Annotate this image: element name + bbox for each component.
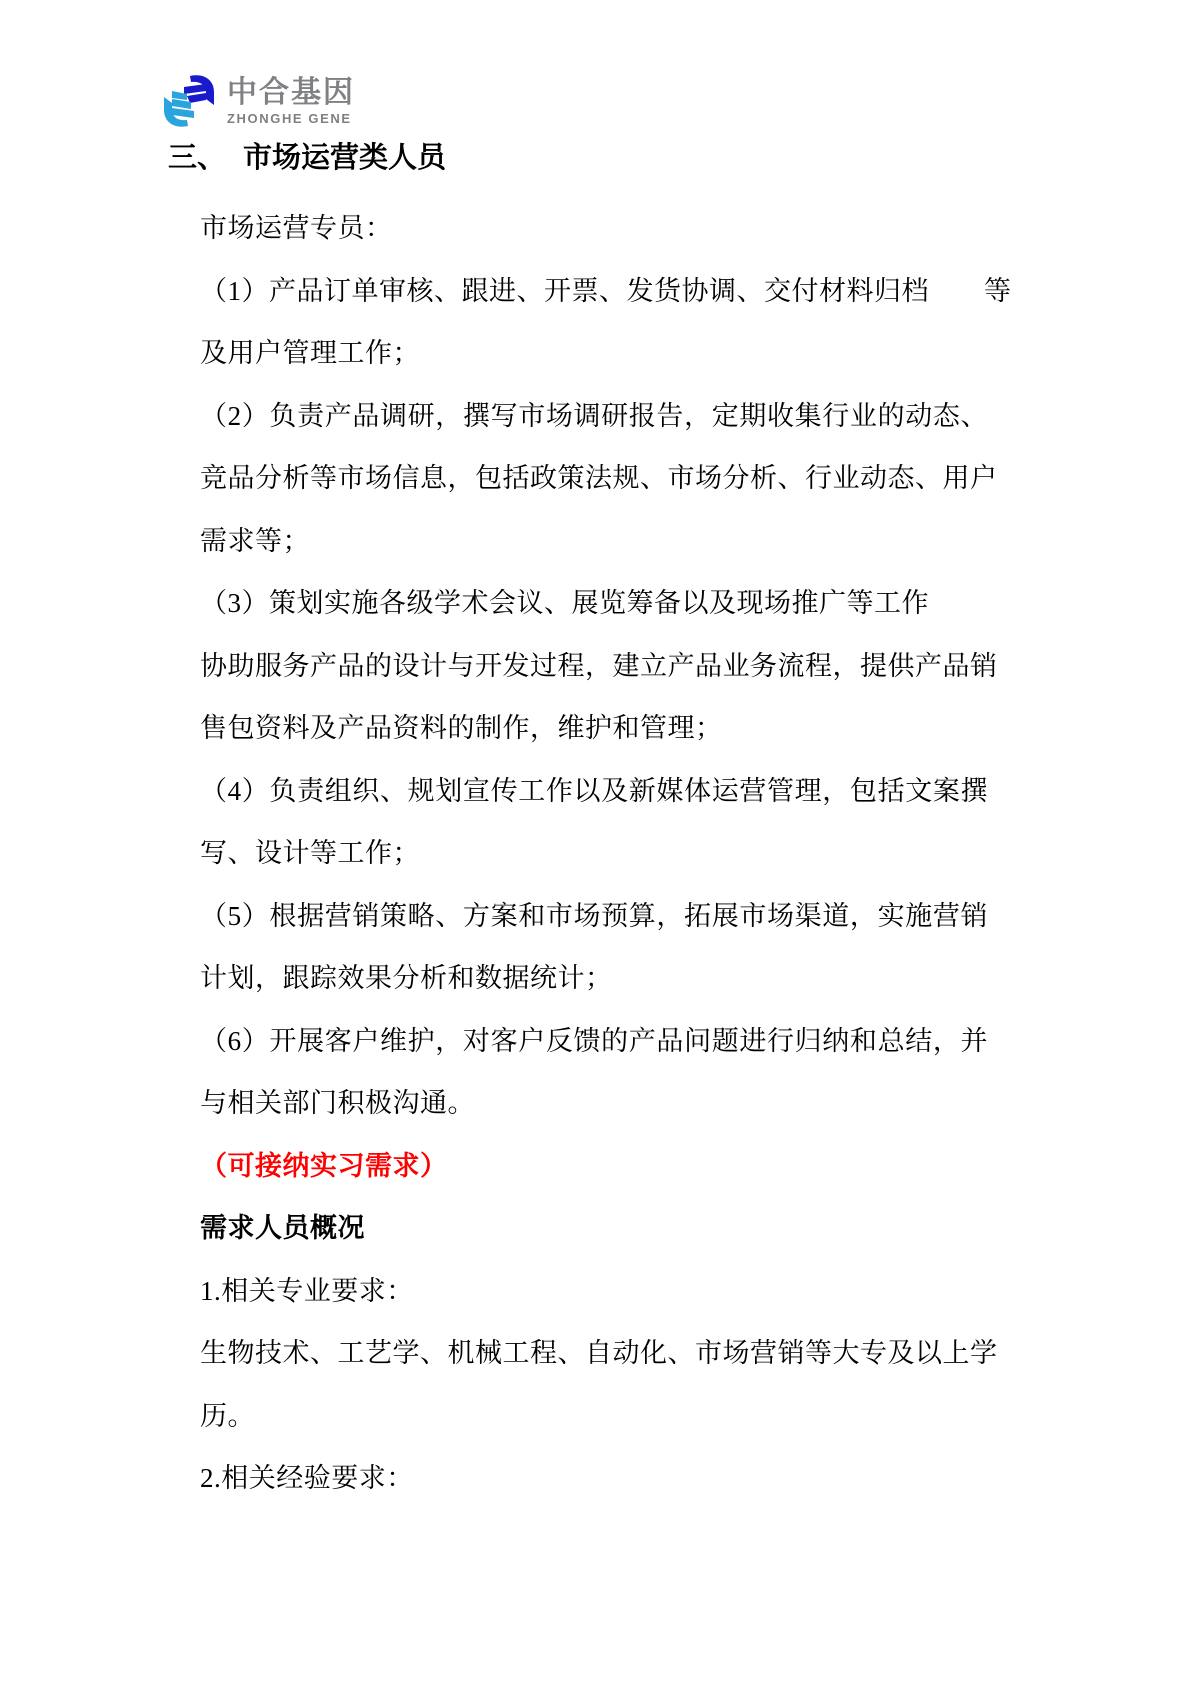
section-title: 市场运营类人员 — [243, 142, 446, 174]
text-line: 与相关部门积极沟通。 — [200, 1072, 988, 1135]
dna-helix-icon — [163, 74, 215, 128]
text-line: 写、设计等工作； — [200, 822, 988, 885]
section-heading: 三、市场运营类人员 — [168, 140, 446, 176]
company-logo: 中合基因 ZHONGHE GENE — [163, 74, 355, 128]
text-line: 2.相关经验要求： — [200, 1447, 988, 1510]
text-line: 需求等； — [200, 510, 988, 573]
text-line: （4）负责组织、规划宣传工作以及新媒体运营管理，包括文案撰 — [200, 760, 988, 823]
company-name: 中合基因 ZHONGHE GENE — [227, 77, 355, 126]
text-line: 竞品分析等市场信息，包括政策法规、市场分析、行业动态、用户 — [200, 447, 988, 510]
text-line: 计划，跟踪效果分析和数据统计； — [200, 947, 988, 1010]
subsection-heading: 需求人员概况 — [200, 1197, 988, 1260]
text-line: 售包资料及产品资料的制作，维护和管理； — [200, 697, 988, 760]
text-line: 历。 — [200, 1385, 988, 1448]
text-line: 生物技术、工艺学、机械工程、自动化、市场营销等大专及以上学 — [200, 1322, 988, 1385]
text-line: 及用户管理工作； — [200, 322, 988, 385]
text-line: 1.相关专业要求： — [200, 1260, 988, 1323]
internship-note: （可接纳实习需求） — [200, 1135, 988, 1198]
text-line: （1）产品订单审核、跟进、开票、发货协调、交付材料归档 等 — [200, 260, 988, 323]
text-line: （2）负责产品调研，撰写市场调研报告，定期收集行业的动态、 — [200, 385, 988, 448]
text-line: 市场运营专员： — [200, 197, 988, 260]
text-line: 协助服务产品的设计与开发过程，建立产品业务流程，提供产品销 — [200, 635, 988, 698]
section-number: 三、 — [168, 140, 243, 176]
text-line: （5）根据营销策略、方案和市场预算，拓展市场渠道，实施营销 — [200, 885, 988, 948]
company-name-cn: 中合基因 — [227, 77, 355, 109]
text-line: （3）策划实施各级学术会议、展览筹备以及现场推广等工作 — [200, 572, 988, 635]
text-line: （6）开展客户维护，对客户反馈的产品问题进行归纳和总结，并 — [200, 1010, 988, 1073]
document-page: 中合基因 ZHONGHE GENE 三、市场运营类人员 市场运营专员： （1）产… — [0, 0, 1191, 1684]
company-name-en: ZHONGHE GENE — [227, 111, 355, 126]
document-body: 市场运营专员： （1）产品订单审核、跟进、开票、发货协调、交付材料归档 等 及用… — [200, 197, 988, 1510]
